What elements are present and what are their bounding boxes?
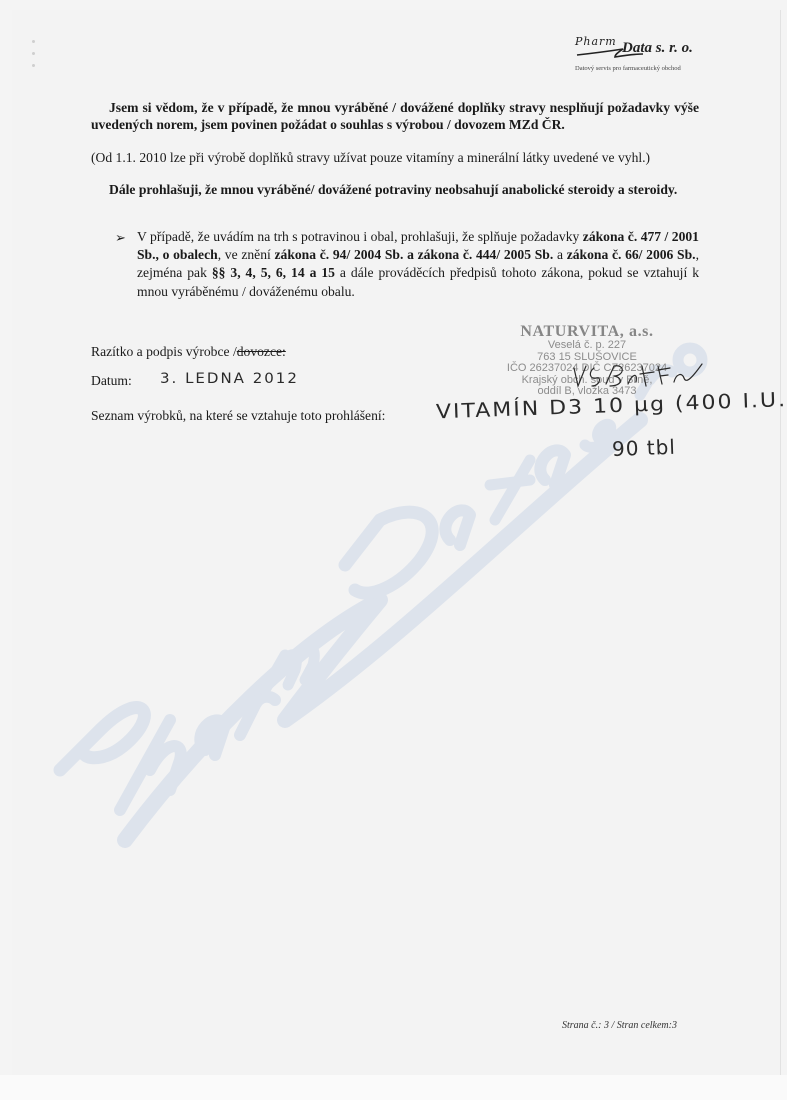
company-logo: Pharm Data s. r. o. Datový servis pro fa… xyxy=(575,35,715,80)
law-reference: zákona č. 66/ 2006 Sb. xyxy=(567,247,696,262)
page-number: Strana č.: 3 / Stran celkem:3 xyxy=(562,1020,677,1031)
declaration-paragraph-1: Jsem si vědom, že v případě, že mnou vyr… xyxy=(91,99,699,133)
law-sections: §§ 3, 4, 5, 6, 14 a 15 xyxy=(212,265,335,280)
punch-hole-marks xyxy=(32,40,36,80)
scan-edge xyxy=(0,1075,787,1100)
product-handwritten-line-2: 90 tbl xyxy=(612,435,677,461)
declaration-note: (Od 1.1. 2010 lze při výrobě doplňků str… xyxy=(91,150,699,166)
struck-text: dovozce: xyxy=(237,344,286,359)
stamp-signature-label: Razítko a podpis výrobce /dovozce: xyxy=(91,344,286,360)
products-label: Seznam výrobků, na které se vztahuje tot… xyxy=(91,408,385,424)
stamp-label-text: Razítko a podpis výrobce / xyxy=(91,344,237,359)
date-handwritten: 3. LEDNA 2012 xyxy=(160,369,299,386)
declaration-bullet-text: V případě, že uvádím na trh s potravinou… xyxy=(137,228,699,301)
logo-tagline: Datový servis pro farmaceutický obchod xyxy=(575,65,681,72)
bullet-text-part: , ve znění xyxy=(218,247,275,262)
law-reference: zákona č. 94/ 2004 Sb. a zákona č. 444/ … xyxy=(274,247,553,262)
bullet-text-part: V případě, že uvádím na trh s potravinou… xyxy=(137,229,583,244)
document-page xyxy=(12,10,781,1076)
stamp-line: Veselá č. p. 227 xyxy=(472,340,702,352)
stamp-company-name: NATURVITA, a.s. xyxy=(472,323,702,340)
date-label: Datum: xyxy=(91,373,132,389)
bullet-text-part: a xyxy=(553,247,566,262)
bullet-arrow-icon: ➢ xyxy=(115,230,126,246)
declaration-paragraph-2: Dále prohlašuji, že mnou vyráběné/ dováž… xyxy=(91,181,699,198)
logo-name: Data s. r. o. xyxy=(622,40,693,57)
